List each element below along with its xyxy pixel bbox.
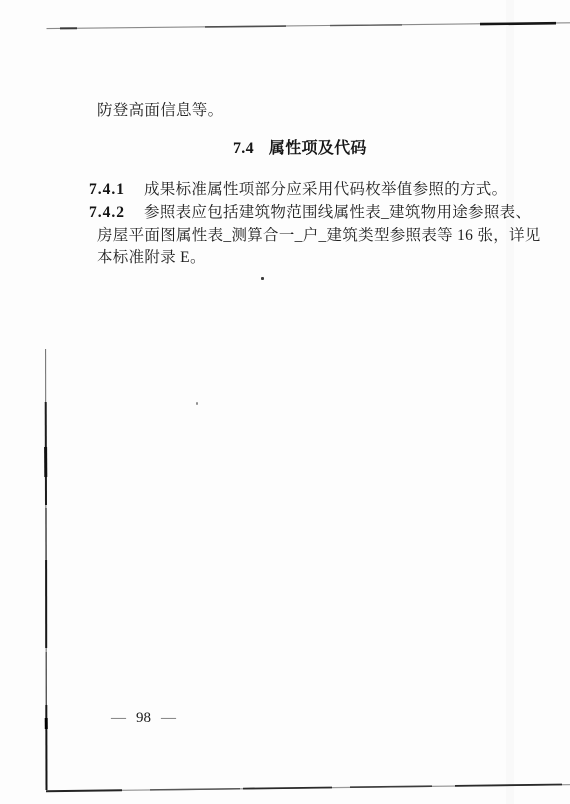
clause-number: 7.4.2: [89, 204, 125, 222]
scan-edge-bottom: [46, 785, 570, 792]
scan-edge-top: [47, 23, 570, 29]
scan-speck: [489, 214, 491, 216]
paragraph-continuation-text: 防登高面信息等。: [97, 102, 223, 120]
clause-text: 成果标准属性项部分应采用代码枚举值参照的方式。: [144, 181, 507, 199]
scanned-document-page: 防登高面信息等。 7.4 属性项及代码 7.4.1 成果标准属性项部分应采用代码…: [0, 0, 570, 804]
clause-7-4-2-line-3: 本标准附录 E。: [97, 249, 206, 267]
section-heading-number: 7.4: [233, 140, 254, 158]
scan-speck: [261, 277, 264, 280]
section-heading: 7.4 属性项及代码: [233, 140, 367, 158]
scan-speck: [490, 233, 492, 236]
section-heading-title: 属性项及代码: [269, 140, 367, 158]
page-number-left-dash: —: [111, 711, 126, 726]
clause-7-4-2-line-2: 房屋平面图属性表_测算合一_户_建筑类型参照表等 16 张，详见: [97, 227, 541, 245]
scan-artifact-band: [506, 0, 514, 804]
page-number-right-dash: —: [161, 711, 176, 726]
clause-7-4-1: 7.4.1 成果标准属性项部分应采用代码枚举值参照的方式。: [89, 181, 507, 199]
page-number: — 98 —: [111, 710, 176, 727]
page-number-value: 98: [136, 710, 151, 727]
clause-text: 参照表应包括建筑物范围线属性表_建筑物用途参照表、: [144, 204, 531, 222]
scan-edge-artifacts: [0, 0, 570, 804]
clause-7-4-2: 7.4.2 参照表应包括建筑物范围线属性表_建筑物用途参照表、: [89, 204, 531, 222]
clause-number: 7.4.1: [89, 181, 125, 199]
scan-edge-left: [46, 349, 47, 790]
scan-speck: [196, 402, 198, 405]
